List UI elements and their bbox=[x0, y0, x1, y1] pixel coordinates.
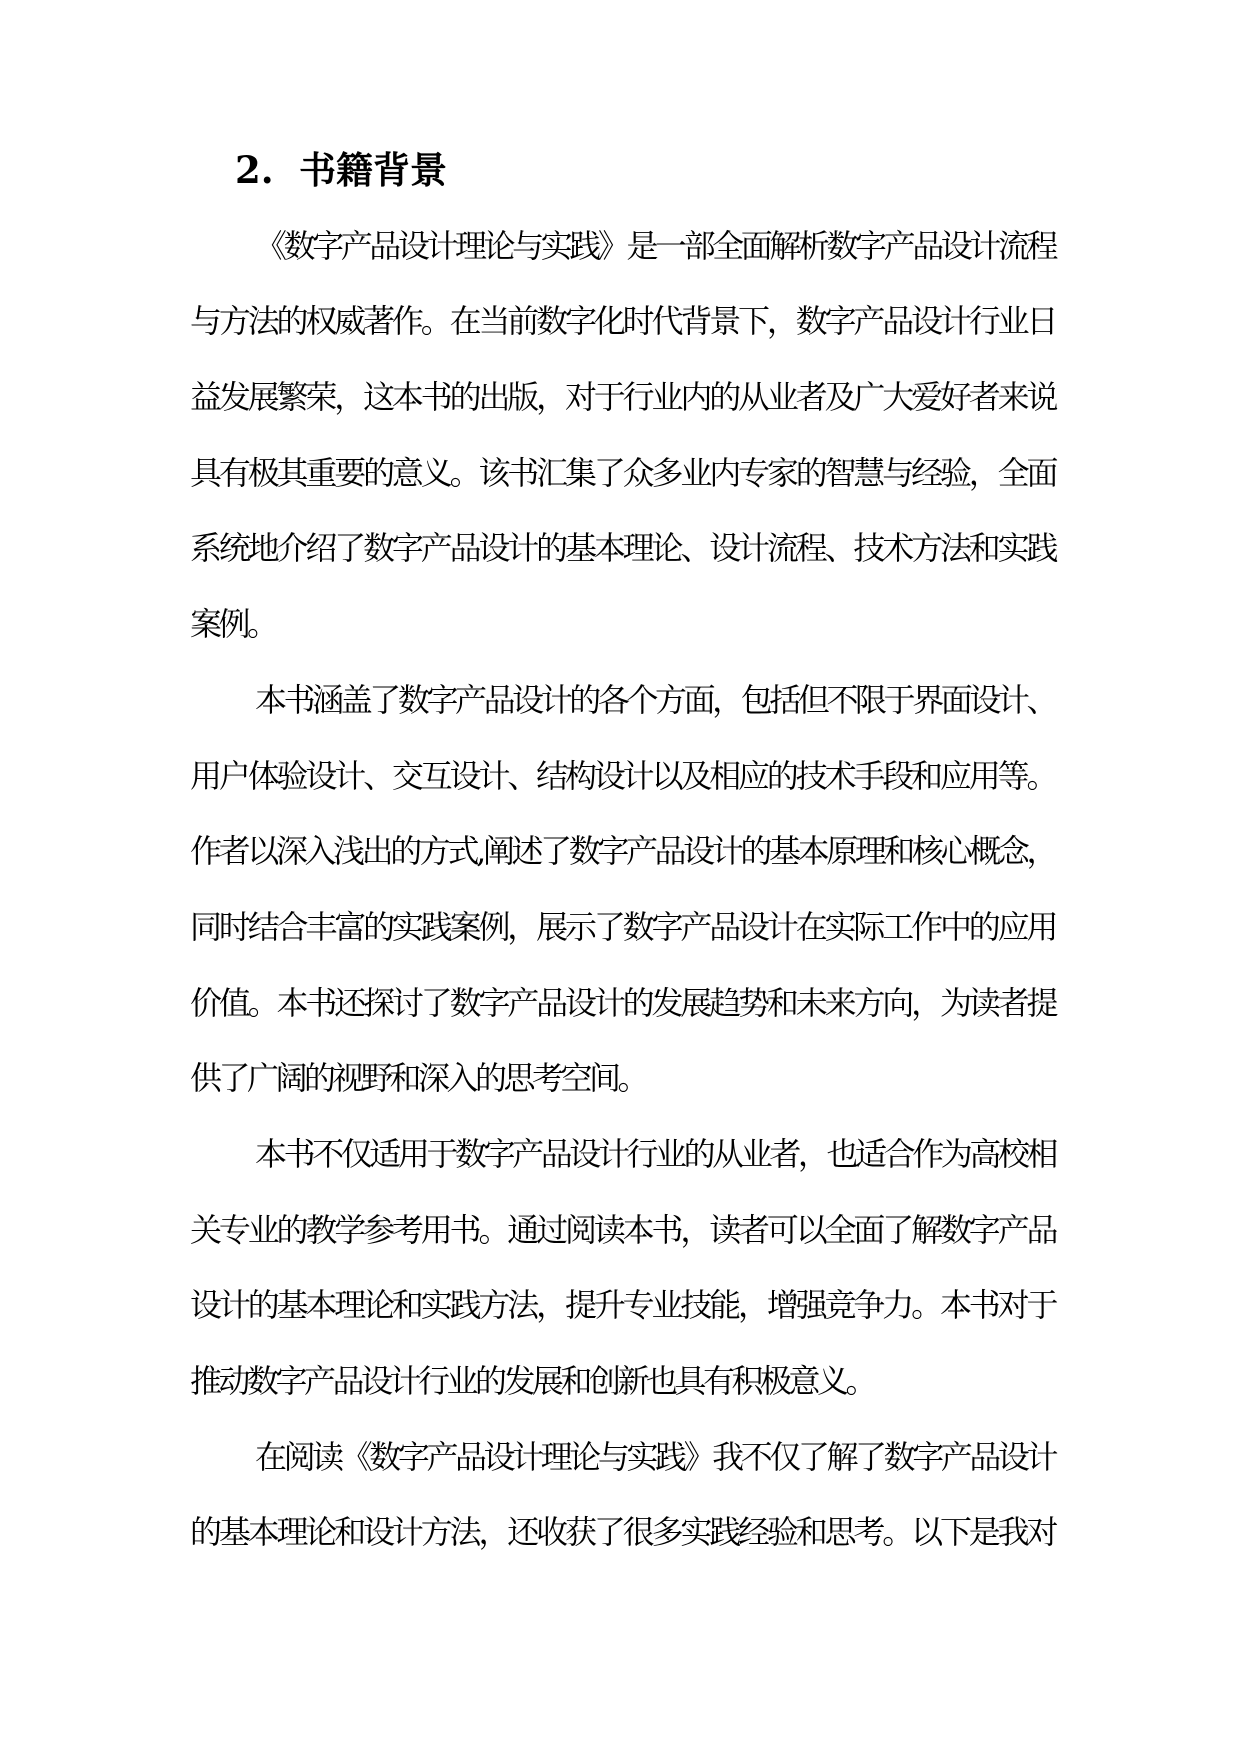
text-line: 本书涵盖了数字产品设计的各个方面，包括但不限于界面设计、 bbox=[190, 663, 1055, 739]
document-body: 2.书籍背景 《数字产品设计理论与实践》是一部全面解析数字产品设计流程 与方法的… bbox=[190, 133, 1055, 1571]
text-line: 《数字产品设计理论与实践》是一部全面解析数字产品设计流程 bbox=[190, 209, 1055, 285]
paragraph: 本书不仅适用于数字产品设计行业的从业者，也适合作为高校相 关专业的教学参考用书。… bbox=[190, 1117, 1055, 1420]
paragraph: 在阅读《数字产品设计理论与实践》我不仅了解了数字产品设计 的基本理论和设计方法，… bbox=[190, 1420, 1055, 1571]
text-line: 具有极其重要的意义。该书汇集了众多业内专家的智慧与经验，全面 bbox=[190, 436, 1055, 512]
section-heading: 2.书籍背景 bbox=[190, 133, 1055, 209]
text-line: 价值。本书还探讨了数字产品设计的发展趋势和未来方向，为读者提 bbox=[190, 966, 1055, 1042]
document-page: 2.书籍背景 《数字产品设计理论与实践》是一部全面解析数字产品设计流程 与方法的… bbox=[0, 0, 1241, 1754]
text-line: 的基本理论和设计方法，还收获了很多实践经验和思考。以下是我对 bbox=[190, 1495, 1055, 1571]
text-line: 案例。 bbox=[190, 587, 1055, 663]
text-line: 本书不仅适用于数字产品设计行业的从业者，也适合作为高校相 bbox=[190, 1117, 1055, 1193]
text-line: 益发展繁荣，这本书的出版，对于行业内的从业者及广大爱好者来说 bbox=[190, 360, 1055, 436]
text-line: 用户体验设计、交互设计、结构设计以及相应的技术手段和应用等。 bbox=[190, 739, 1055, 815]
text-line: 系统地介绍了数字产品设计的基本理论、设计流程、技术方法和实践 bbox=[190, 511, 1055, 587]
text-line: 推动数字产品设计行业的发展和创新也具有积极意义。 bbox=[190, 1344, 1055, 1420]
paragraph: 《数字产品设计理论与实践》是一部全面解析数字产品设计流程 与方法的权威著作。在当… bbox=[190, 209, 1055, 663]
heading-number: 2. bbox=[235, 133, 299, 209]
text-line: 与方法的权威著作。在当前数字化时代背景下，数字产品设计行业日 bbox=[190, 284, 1055, 360]
text-line: 设计的基本理论和实践方法，提升专业技能，增强竞争力。本书对于 bbox=[190, 1268, 1055, 1344]
text-line: 在阅读《数字产品设计理论与实践》我不仅了解了数字产品设计 bbox=[190, 1420, 1055, 1496]
heading-title: 书籍背景 bbox=[299, 148, 447, 192]
text-line: 供了广阔的视野和深入的思考空间。 bbox=[190, 1041, 1055, 1117]
text-line: 同时结合丰富的实践案例，展示了数字产品设计在实际工作中的应用 bbox=[190, 890, 1055, 966]
text-line: 作者以深入浅出的方式,阐述了数字产品设计的基本原理和核心概念， bbox=[190, 814, 1055, 890]
paragraph: 本书涵盖了数字产品设计的各个方面，包括但不限于界面设计、 用户体验设计、交互设计… bbox=[190, 663, 1055, 1117]
text-line: 关专业的教学参考用书。通过阅读本书，读者可以全面了解数字产品 bbox=[190, 1193, 1055, 1269]
